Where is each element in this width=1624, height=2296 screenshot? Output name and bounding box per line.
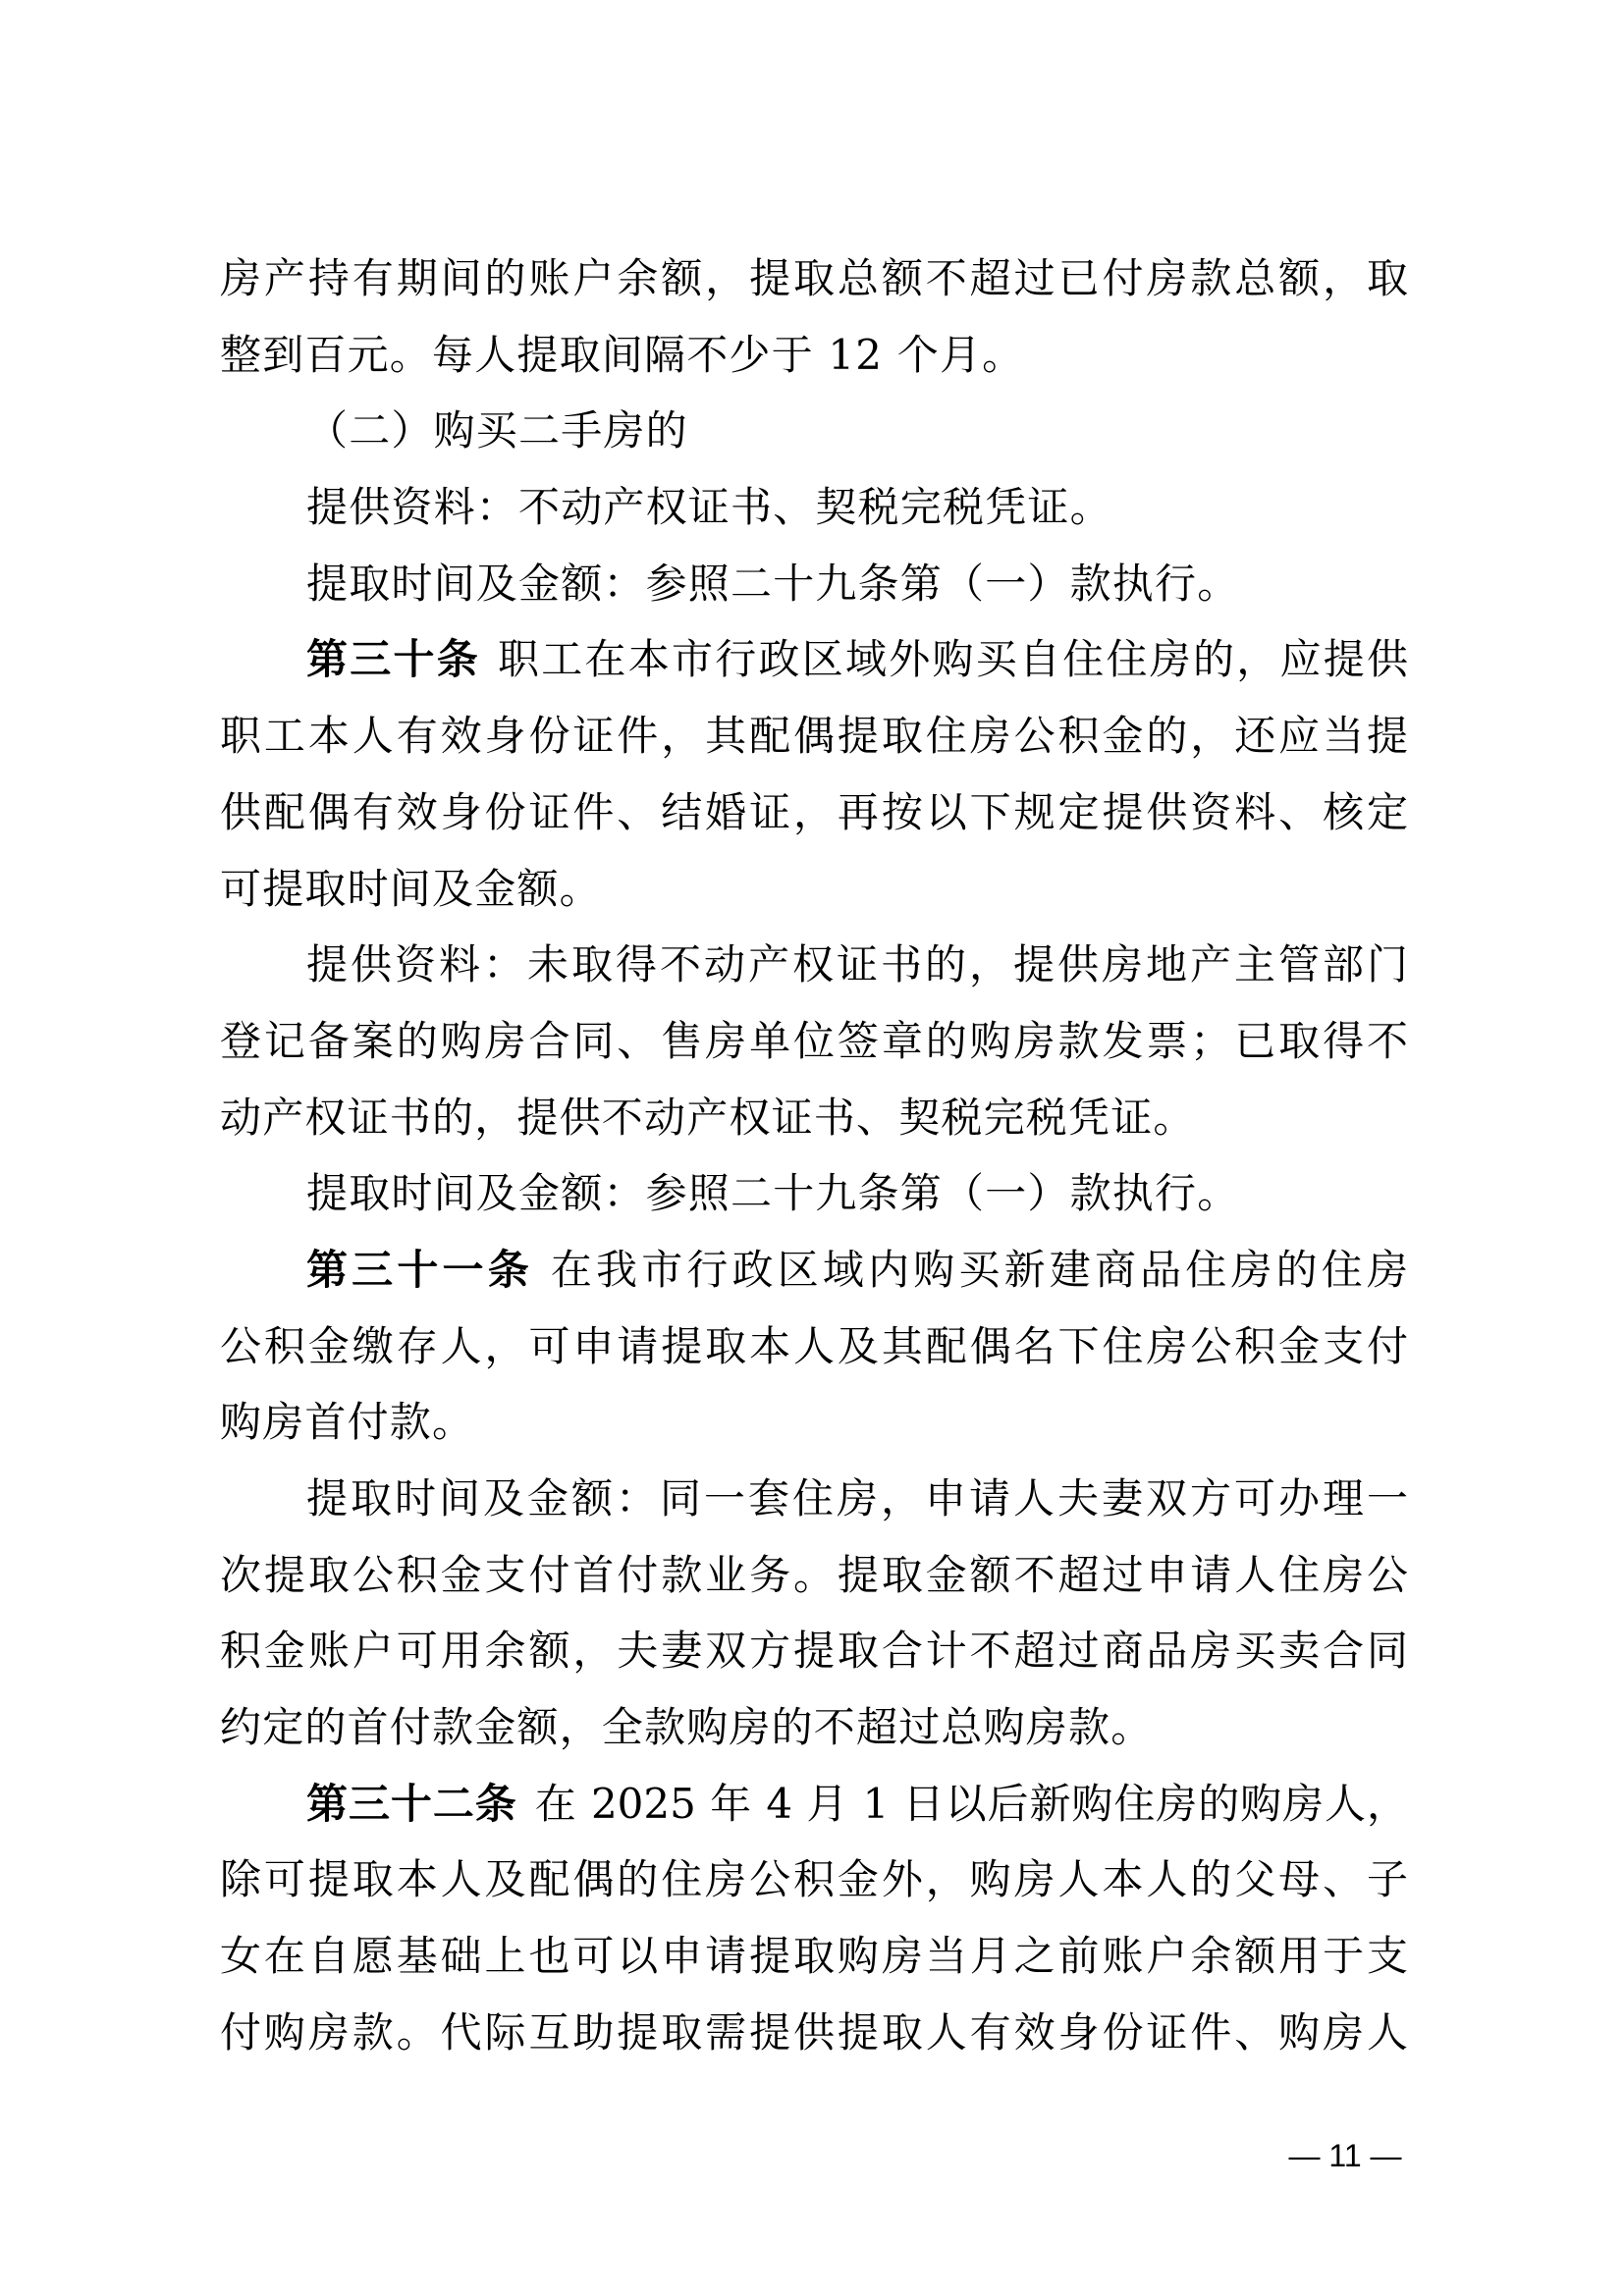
text-line: 可提取时间及金额。 xyxy=(220,851,1408,928)
text-line: 第三十二条在 2025 年 4 月 1 日以后新购住房的购房人， xyxy=(220,1766,1408,1842)
text-line: 供配偶有效身份证件、结婚证，再按以下规定提供资料、核定 xyxy=(220,774,1408,851)
article-number: 第三十二条 xyxy=(306,1780,517,1828)
document-page: 房产持有期间的账户余额，提取总额不超过已付房款总额，取 整到百元。每人提取间隔不… xyxy=(0,0,1624,2296)
paragraph-article-29-continuation: 房产持有期间的账户余额，提取总额不超过已付房款总额，取 整到百元。每人提取间隔不… xyxy=(220,240,1408,393)
paragraph-withdrawal-time-amount: 提取时间及金额：参照二十九条第（一）款执行。 xyxy=(220,546,1408,622)
text-line: 房产持有期间的账户余额，提取总额不超过已付房款总额，取 xyxy=(220,240,1408,317)
article-text: 职工在本市行政区域外购买自住住房的，应提供 xyxy=(498,635,1408,683)
paragraph-article-31: 第三十一条在我市行政区域内购买新建商品住房的住房 公积金缴存人，可申请提取本人及… xyxy=(220,1232,1408,1461)
text-line: 提取时间及金额：同一套住房，申请人夫妻双方可办理一 xyxy=(220,1461,1408,1537)
text-line: 次提取公积金支付首付款业务。提取金额不超过申请人住房公 xyxy=(220,1537,1408,1614)
text-line: 提取时间及金额：参照二十九条第（一）款执行。 xyxy=(220,546,1408,622)
paragraph-article-30: 第三十条职工在本市行政区域外购买自住住房的，应提供 职工本人有效身份证件，其配偶… xyxy=(220,621,1408,927)
paragraph-subsection-heading: （二）购买二手房的 xyxy=(220,393,1408,469)
text-line: 动产权证书的，提供不动产权证书、契税完税凭证。 xyxy=(220,1080,1408,1156)
text-line: 约定的首付款金额，全款购房的不超过总购房款。 xyxy=(220,1689,1408,1766)
text-line: 职工本人有效身份证件，其配偶提取住房公积金的，还应当提 xyxy=(220,698,1408,774)
text-line: 第三十一条在我市行政区域内购买新建商品住房的住房 xyxy=(220,1232,1408,1308)
text-line: 女在自愿基础上也可以申请提取购房当月之前账户余额用于支 xyxy=(220,1918,1408,1995)
article-text: 在 2025 年 4 月 1 日以后新购住房的购房人， xyxy=(535,1780,1408,1828)
article-text: 在我市行政区域内购买新建商品住房的住房 xyxy=(551,1246,1408,1294)
text-line: 第三十条职工在本市行政区域外购买自住住房的，应提供 xyxy=(220,621,1408,698)
text-line: 提取时间及金额：参照二十九条第（一）款执行。 xyxy=(220,1155,1408,1232)
text-line: 整到百元。每人提取间隔不少于 12 个月。 xyxy=(220,317,1408,394)
text-line: 购房首付款。 xyxy=(220,1384,1408,1461)
paragraph-withdrawal-time-amount: 提取时间及金额：参照二十九条第（一）款执行。 xyxy=(220,1155,1408,1232)
text-line: 付购房款。代际互助提取需提供提取人有效身份证件、购房人 xyxy=(220,1995,1408,2071)
article-number: 第三十一条 xyxy=(306,1246,533,1294)
article-number: 第三十条 xyxy=(306,635,480,683)
text-line: 积金账户可用余额，夫妻双方提取合计不超过商品房买卖合同 xyxy=(220,1613,1408,1689)
text-line: 公积金缴存人，可申请提取本人及其配偶名下住房公积金支付 xyxy=(220,1308,1408,1385)
text-line: 登记备案的购房合同、售房单位签章的购房款发票；已取得不 xyxy=(220,1003,1408,1080)
subsection-heading: （二）购买二手房的 xyxy=(220,393,1408,469)
text-line: 提供资料：未取得不动产权证书的，提供房地产主管部门 xyxy=(220,927,1408,1003)
paragraph-required-materials: 提供资料：未取得不动产权证书的，提供房地产主管部门 登记备案的购房合同、售房单位… xyxy=(220,927,1408,1155)
paragraph-article-32: 第三十二条在 2025 年 4 月 1 日以后新购住房的购房人， 除可提取本人及… xyxy=(220,1766,1408,2071)
text-line: 提供资料：不动产权证书、契税完税凭证。 xyxy=(220,469,1408,546)
page-number: — 11 — xyxy=(1276,2136,1414,2175)
paragraph-withdrawal-time-amount: 提取时间及金额：同一套住房，申请人夫妻双方可办理一 次提取公积金支付首付款业务。… xyxy=(220,1461,1408,1766)
paragraph-required-materials: 提供资料：不动产权证书、契税完税凭证。 xyxy=(220,469,1408,546)
text-line: 除可提取本人及配偶的住房公积金外，购房人本人的父母、子 xyxy=(220,1842,1408,1918)
body-text: 房产持有期间的账户余额，提取总额不超过已付房款总额，取 整到百元。每人提取间隔不… xyxy=(220,240,1408,2071)
